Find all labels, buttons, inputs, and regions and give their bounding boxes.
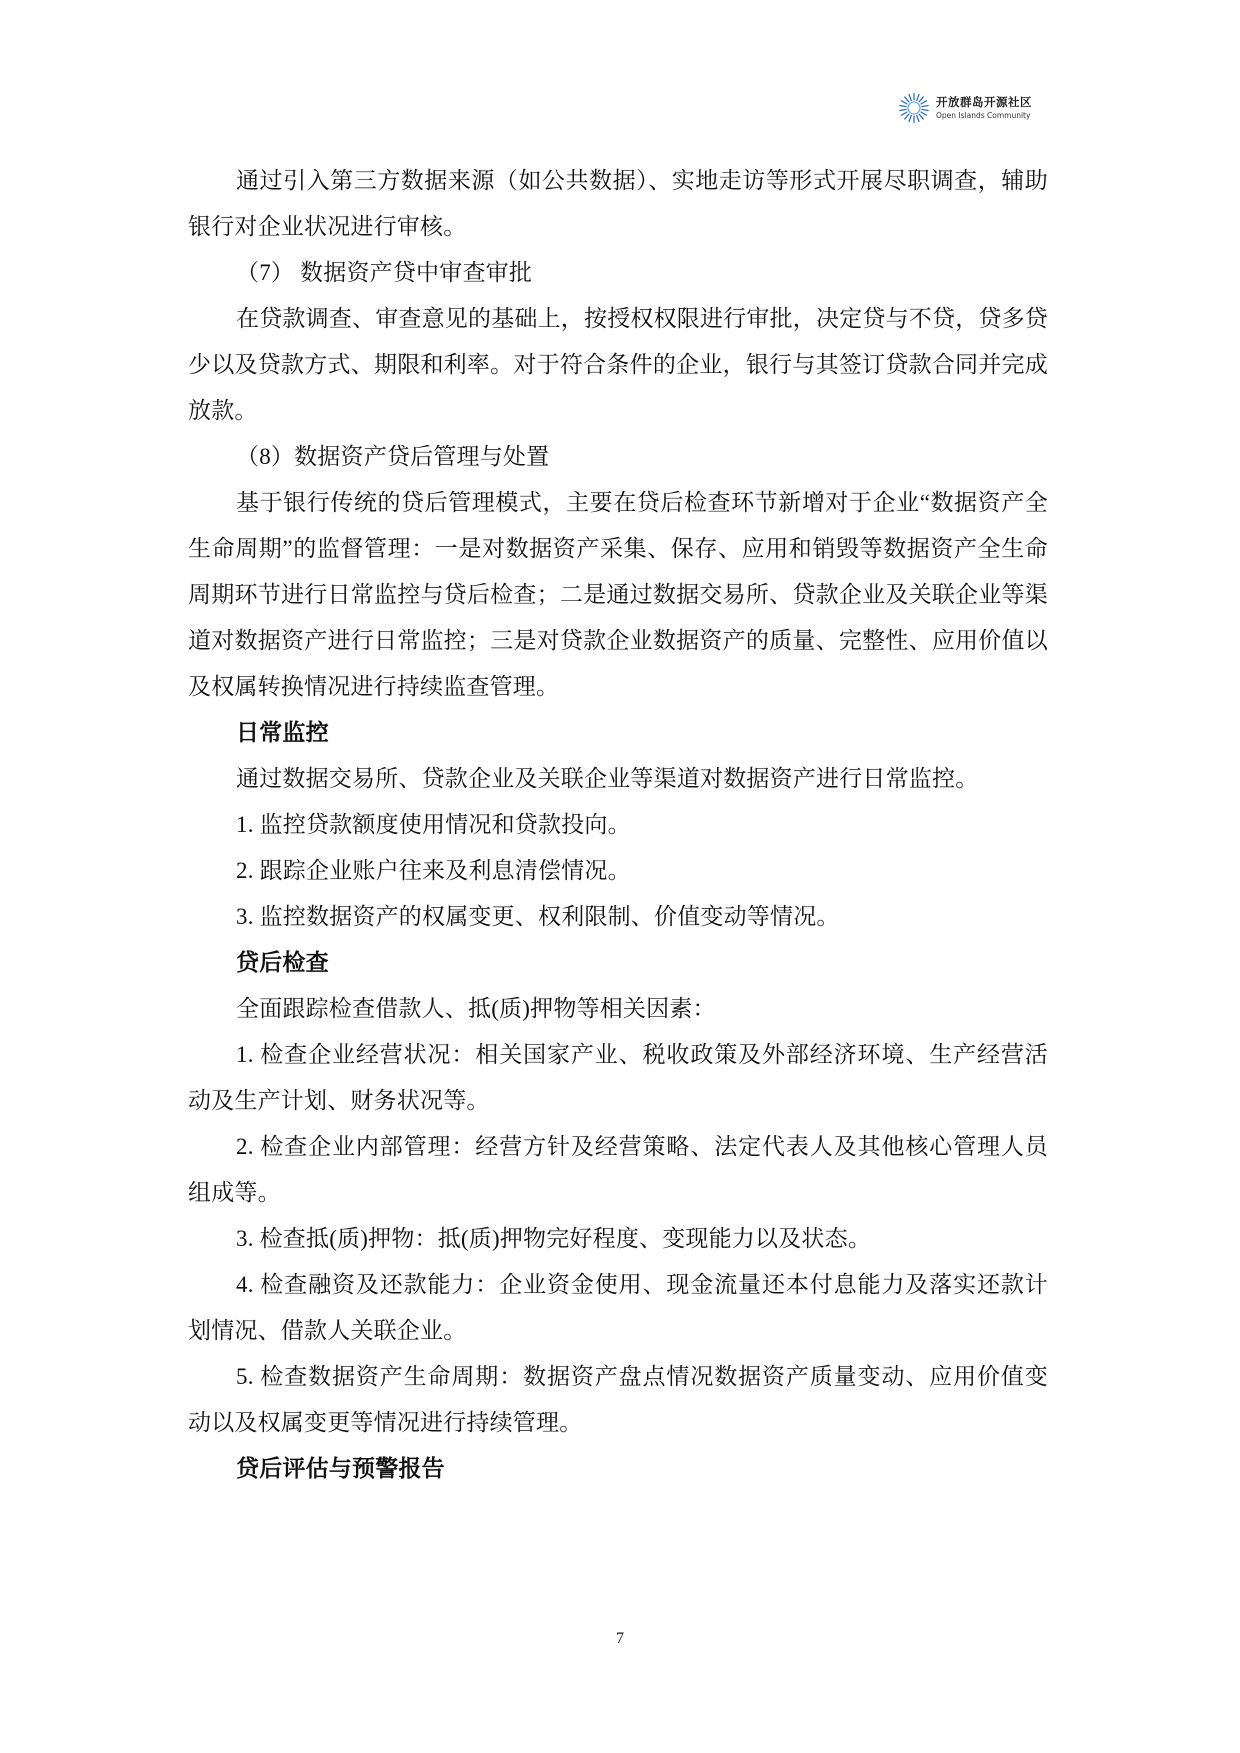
list-item: 1. 监控贷款额度使用情况和贷款投向。 — [188, 802, 1048, 848]
list-item: 3. 检查抵(质)押物：抵(质)押物完好程度、变现能力以及状态。 — [188, 1216, 1048, 1262]
subheading-evaluation-warning: 贷后评估与预警报告 — [188, 1446, 1048, 1492]
section-heading-8: （8）数据资产贷后管理与处置 — [188, 434, 1048, 480]
subheading-post-loan-check: 贷后检查 — [188, 940, 1048, 986]
section-heading-7: （7） 数据资产贷中审查审批 — [188, 250, 1048, 296]
list-item: 4. 检查融资及还款能力：企业资金使用、现金流量还本付息能力及落实还款计划情况、… — [188, 1262, 1048, 1354]
list-item: 1. 检查企业经营状况：相关国家产业、税收政策及外部经济环境、生产经营活动及生产… — [188, 1032, 1048, 1124]
list-item: 5. 检查数据资产生命周期：数据资产盘点情况数据资产质量变动、应用价值变动以及权… — [188, 1354, 1048, 1446]
paragraph-due-diligence: 通过引入第三方数据来源（如公共数据）、实地走访等形式开展尽职调查，辅助银行对企业… — [188, 158, 1048, 250]
list-item: 3. 监控数据资产的权属变更、权利限制、价值变动等情况。 — [188, 894, 1048, 940]
paragraph-approval: 在贷款调查、审查意见的基础上，按授权权限进行审批，决定贷与不贷，贷多贷少以及贷款… — [188, 296, 1048, 434]
logo-title-en: Open Islands Community — [936, 112, 1032, 120]
sunburst-ring-icon — [898, 92, 930, 124]
page-number: 7 — [0, 1630, 1240, 1648]
paragraph-post-loan: 基于银行传统的贷后管理模式，主要在贷后检查环节新增对于企业“数据资产全生命周期”… — [188, 480, 1048, 710]
header-logo: 开放群岛开源社区 Open Islands Community — [898, 88, 1068, 128]
paragraph-daily-monitoring-intro: 通过数据交易所、贷款企业及关联企业等渠道对数据资产进行日常监控。 — [188, 756, 1048, 802]
subheading-daily-monitoring: 日常监控 — [188, 710, 1048, 756]
logo-title-cn: 开放群岛开源社区 — [936, 97, 1032, 109]
paragraph-post-loan-check-intro: 全面跟踪检查借款人、抵(质)押物等相关因素： — [188, 986, 1048, 1032]
list-item: 2. 检查企业内部管理：经营方针及经营策略、法定代表人及其他核心管理人员组成等。 — [188, 1124, 1048, 1216]
document-body: 通过引入第三方数据来源（如公共数据）、实地走访等形式开展尽职调查，辅助银行对企业… — [188, 158, 1048, 1492]
list-item: 2. 跟踪企业账户往来及利息清偿情况。 — [188, 848, 1048, 894]
